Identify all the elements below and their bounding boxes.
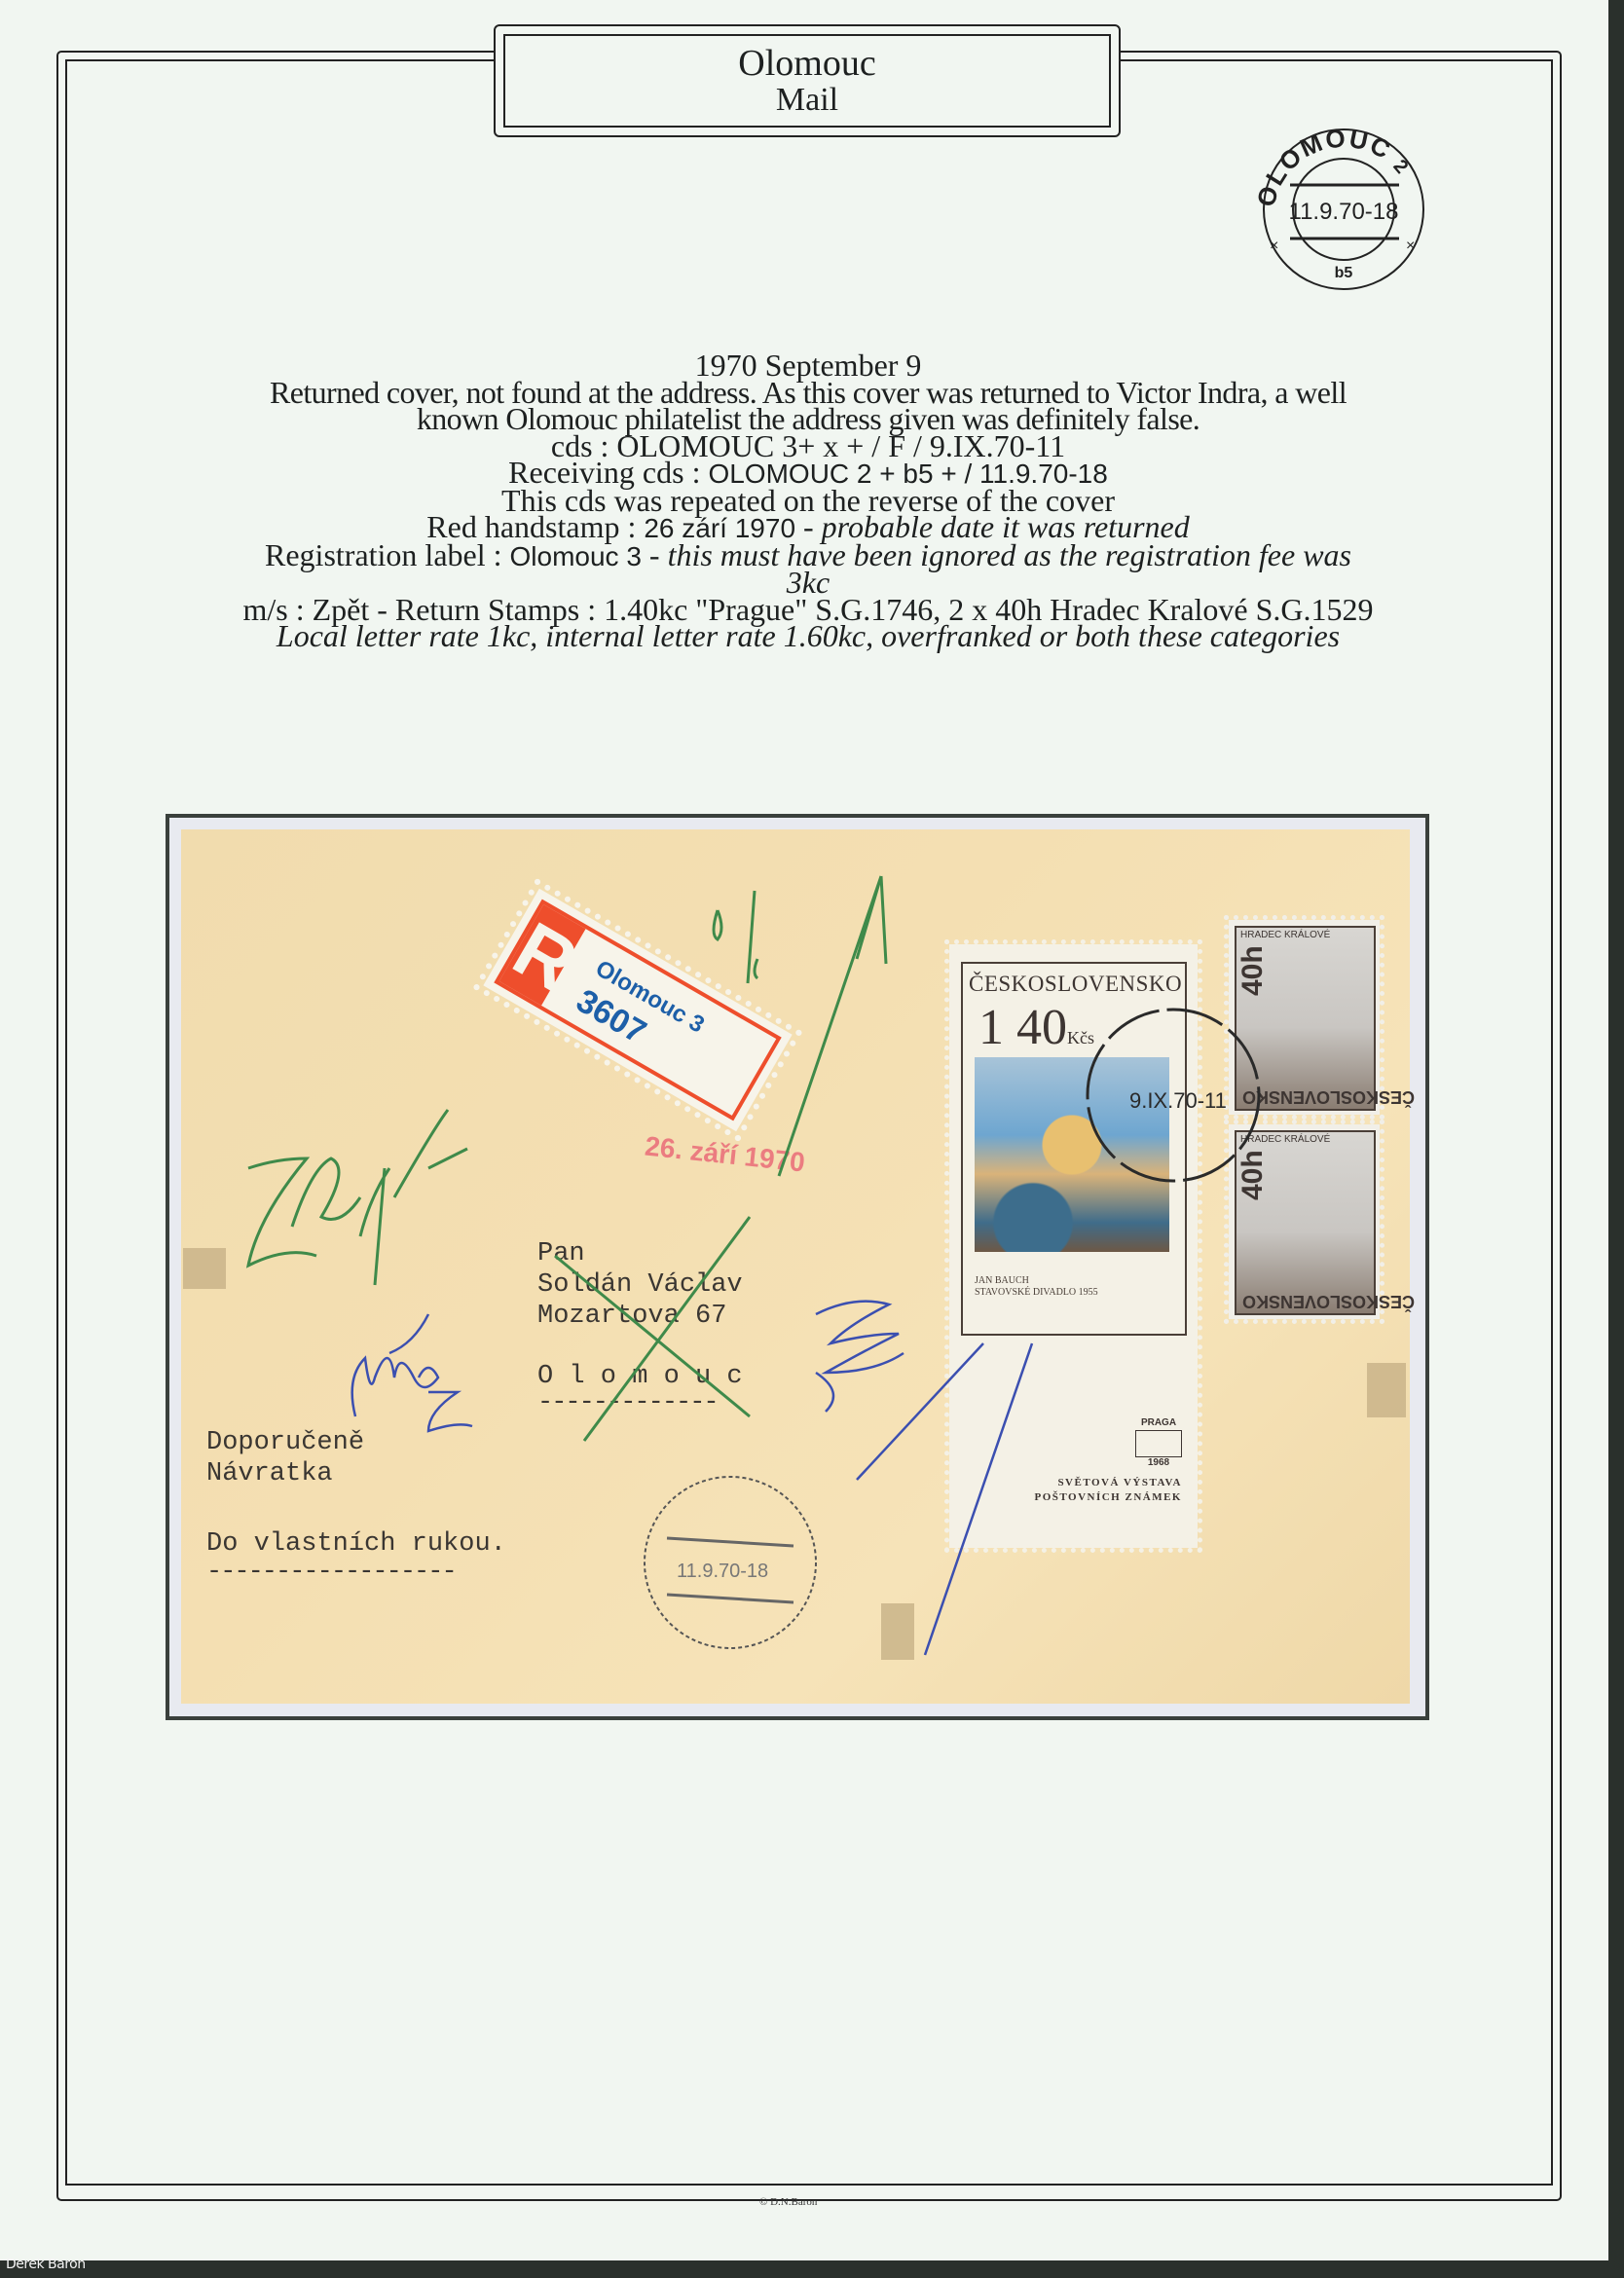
copyright: © D.N.Baron [759, 2196, 817, 2208]
instruction-return-receipt: Návratka [206, 1458, 364, 1489]
postmark-code: b5 [1335, 265, 1353, 281]
svg-text:×: × [1270, 238, 1278, 254]
description-rate-note: Local letter rate 1kc, internal letter r… [97, 623, 1519, 650]
description: 1970 September 9 Returned cover, not fou… [97, 352, 1519, 650]
instruction-personal-delivery: Do vlastních rukou. [206, 1528, 506, 1560]
address-block: PanSoldán VáclavMozartova 67 [537, 1238, 743, 1332]
scan-edge-right [1608, 0, 1624, 2278]
description-cds: cds : OLOMOUC 3+ x + / F / 9.IX.70-11 [97, 433, 1519, 460]
mounting-hinge [881, 1603, 914, 1660]
praga-logo: PRAGA1968 [1135, 1417, 1182, 1468]
photo-credit: Derek Baron [6, 2257, 86, 2272]
stamp-caption: JAN BAUCHSTAVOVSKÉ DIVADLO 1955 [975, 1275, 1098, 1299]
postmark-office: OLOMOUC 2 [1251, 123, 1414, 209]
stamp-country: ČESKOSLOVENSKO [969, 972, 1182, 997]
address-line-2: Soldán Václav [537, 1269, 743, 1301]
page-title: Olomouc [738, 44, 875, 83]
svg-text:9.IX.70-11: 9.IX.70-11 [1129, 1088, 1227, 1113]
stamp-country: ČESKOSLOVENSKO [1242, 1086, 1415, 1107]
cancel-postmark: 9.IX.70-11 [1081, 1003, 1266, 1188]
instruction-registered: Doporučeně [206, 1427, 364, 1458]
postmark-illustration: OLOMOUC 2 11.9.70-18 × × b5 [1248, 112, 1439, 297]
instruction-underline: ------------------ [206, 1558, 456, 1587]
stamp-tab-text: SVĚTOVÁ VÝSTAVAPOŠTOVNÍCH ZNÁMEK [1034, 1476, 1182, 1505]
stamp-country: ČESKOSLOVENSKO [1242, 1291, 1415, 1311]
postmark-date: 11.9.70-18 [1289, 199, 1399, 225]
address-line-3: Mozartova 67 [537, 1301, 743, 1332]
stamp-value: 40h [1236, 945, 1270, 996]
svg-text:×: × [1406, 238, 1415, 254]
address-line-1: Pan [537, 1238, 743, 1269]
mounting-hinge [183, 1248, 226, 1289]
svg-text:11.9.70-18: 11.9.70-18 [677, 1561, 768, 1582]
address-underline: ------------- [537, 1388, 718, 1417]
stamp-place: HRADEC KRÁLOVÉ [1240, 930, 1330, 940]
stamp-value: 1 40Kčs [978, 999, 1094, 1056]
mounting-hinge [1367, 1363, 1406, 1417]
arrival-postmark: 11.9.70-18 [638, 1470, 823, 1655]
svg-text:OLOMOUC 2: OLOMOUC 2 [1251, 123, 1414, 209]
page-subtitle: Mail [776, 83, 838, 118]
scan-edge-bottom [0, 2260, 1624, 2278]
title-box: Olomouc Mail [503, 34, 1111, 128]
postal-instructions: DoporučeněNávratka [206, 1427, 364, 1489]
